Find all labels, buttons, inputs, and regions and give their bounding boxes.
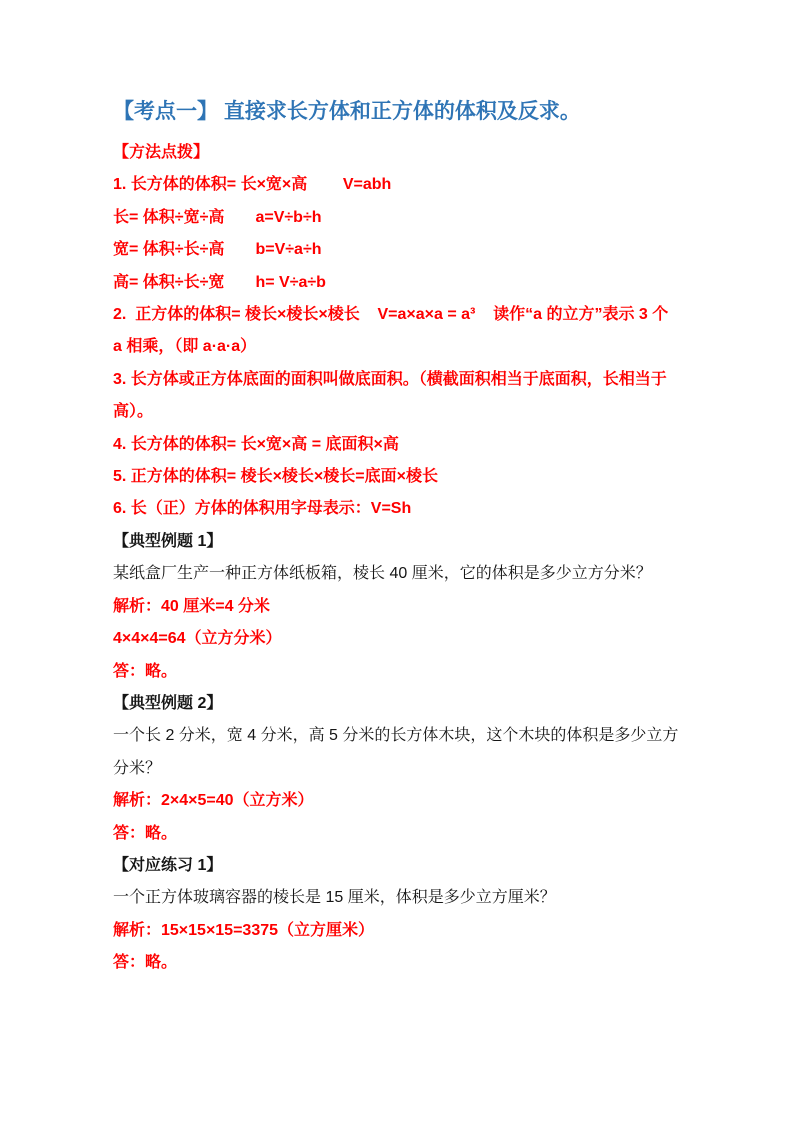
method-point-1: 1. 长方体的体积= 长×宽×高 V=abh [113,169,681,201]
example-1-solution-line-1: 解析：40 厘米=4 分米 [113,591,681,623]
example-2-solution-line-1: 解析：2×4×5=40（立方米） [113,785,681,817]
method-point-length-formula: 长= 体积÷宽÷高 a=V÷b÷h [113,202,681,234]
method-section-header: 【方法点拨】 [113,137,681,169]
practice-1-header: 【对应练习 1】 [113,850,681,882]
method-point-height-formula: 高= 体积÷长÷宽 h= V÷a÷b [113,267,681,299]
example-1-solution-line-2: 4×4×4=64（立方分米） [113,623,681,655]
example-1-answer: 答：略。 [113,656,681,688]
document-page: 【考点一】 直接求长方体和正方体的体积及反求。 【方法点拨】 1. 长方体的体积… [0,0,793,1122]
example-1-header: 【典型例题 1】 [113,526,681,558]
method-point-width-formula: 宽= 体积÷长÷高 b=V÷a÷h [113,234,681,266]
example-2-problem: 一个长 2 分米，宽 4 分米，高 5 分米的长方体木块，这个木块的体积是多少立… [113,720,681,785]
example-2-answer: 答：略。 [113,818,681,850]
practice-1-answer: 答：略。 [113,947,681,979]
practice-1-solution-line-1: 解析：15×15×15=3375（立方厘米） [113,915,681,947]
method-point-5: 5. 正方体的体积= 棱长×棱长×棱长=底面×棱长 [113,461,681,493]
method-point-3: 3. 长方体或正方体底面的面积叫做底面积。（横截面积相当于底面积，长相当于高）。 [113,364,681,429]
example-1-problem: 某纸盒厂生产一种正方体纸板箱，棱长 40 厘米，它的体积是多少立方分米？ [113,558,681,590]
method-point-2: 2. 正方体的体积= 棱长×棱长×棱长 V=a×a×a = a³ 读作“a 的立… [113,299,681,364]
method-point-4: 4. 长方体的体积= 长×宽×高 = 底面积×高 [113,429,681,461]
practice-1-problem: 一个正方体玻璃容器的棱长是 15 厘米，体积是多少立方厘米？ [113,882,681,914]
example-2-header: 【典型例题 2】 [113,688,681,720]
page-title: 【考点一】 直接求长方体和正方体的体积及反求。 [113,97,681,127]
method-point-6: 6. 长（正）方体的体积用字母表示：V=Sh [113,493,681,525]
